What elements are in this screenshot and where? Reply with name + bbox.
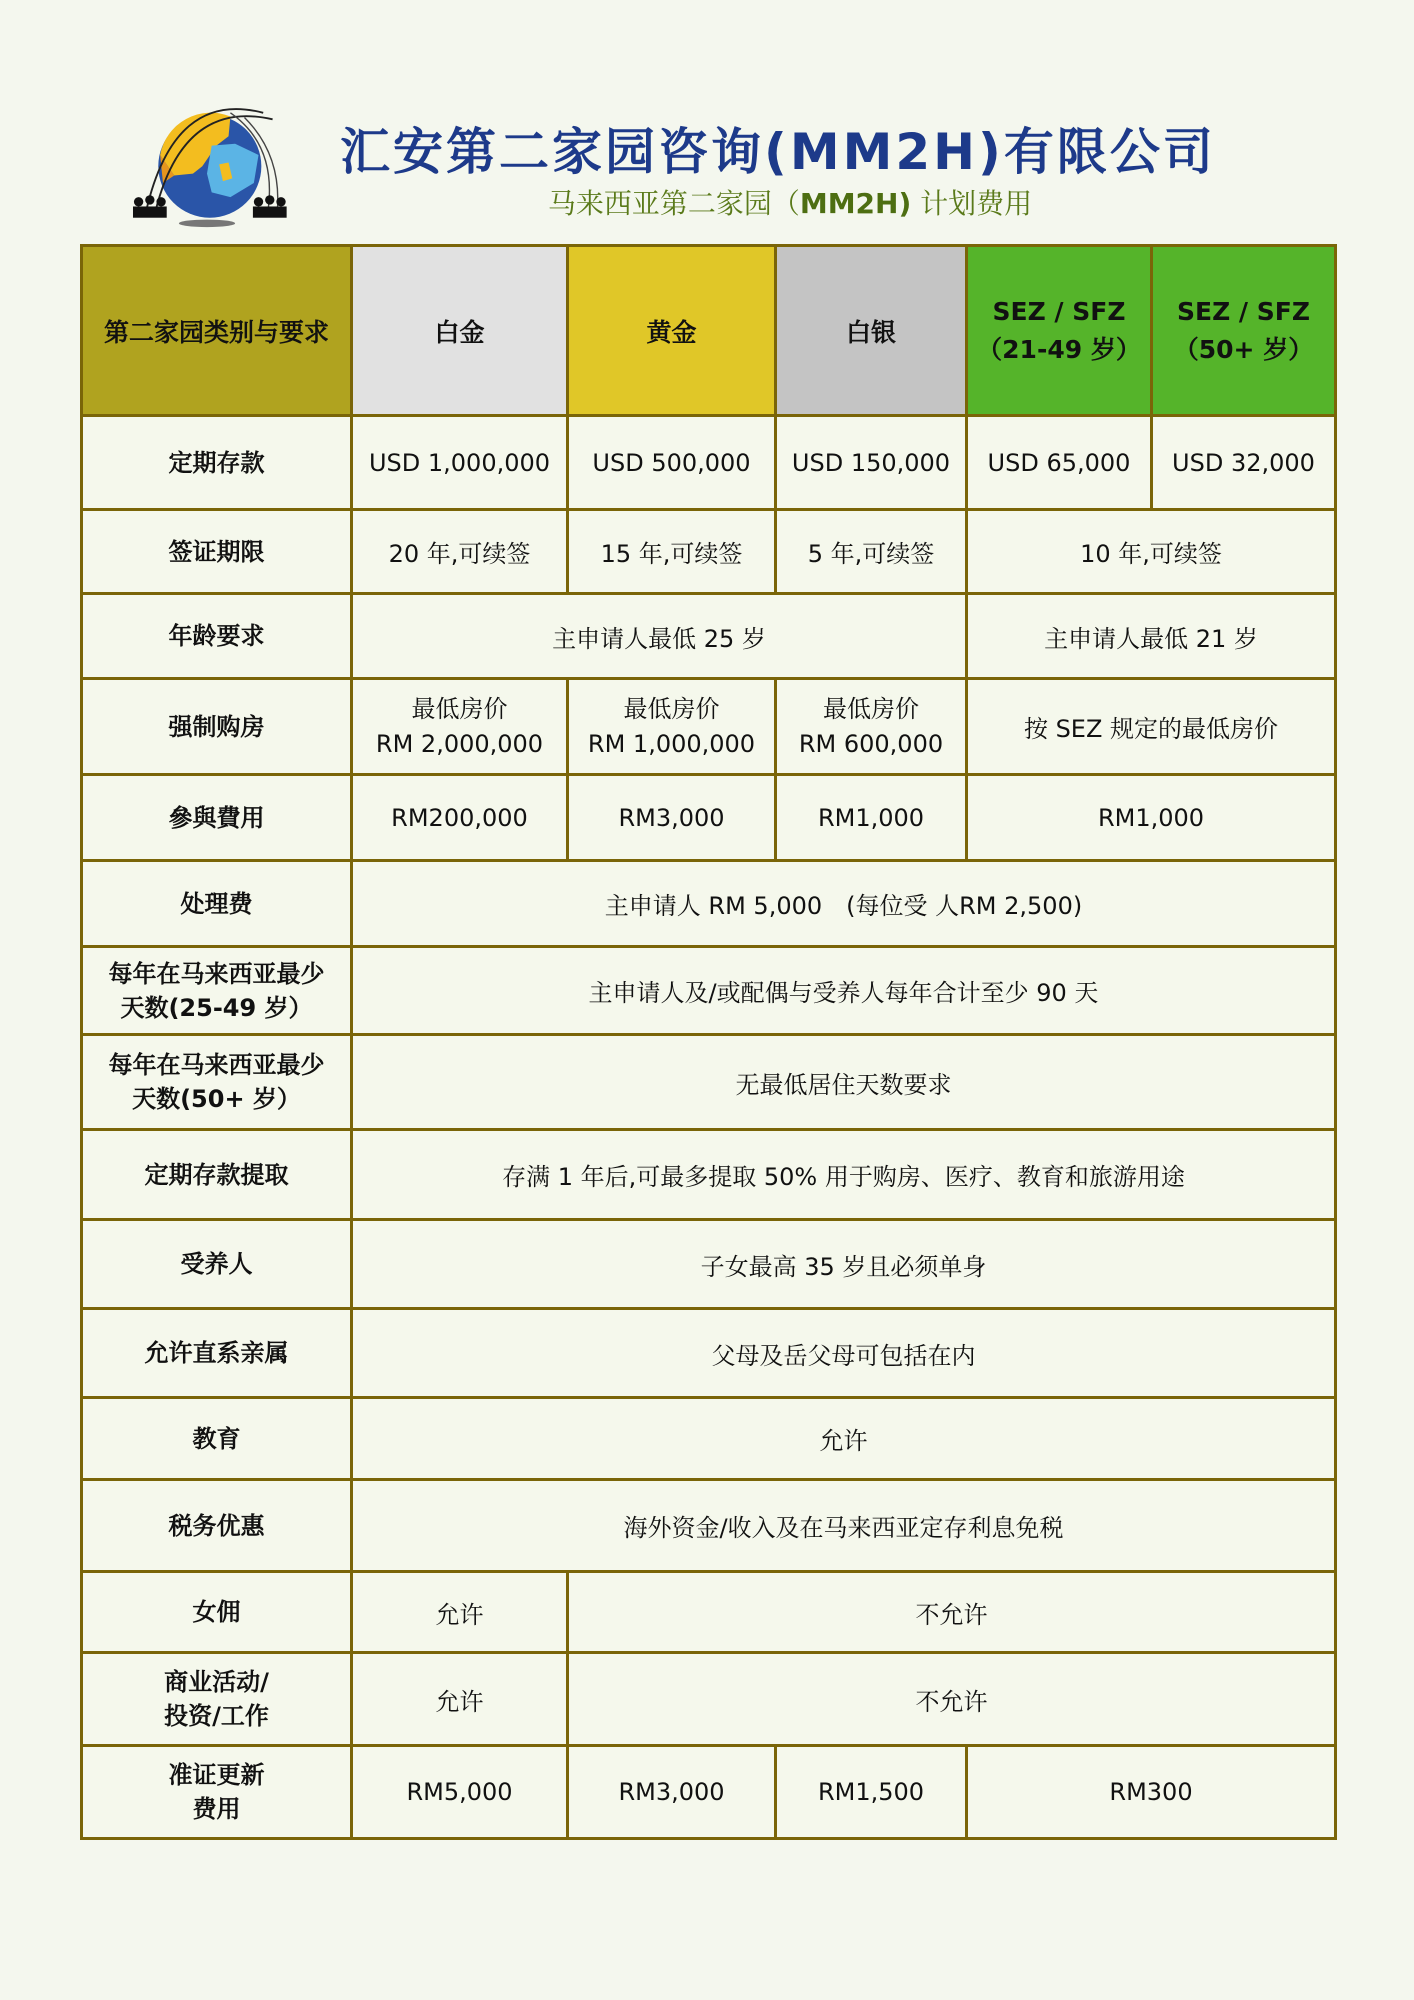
row-age: 年龄要求 主申请人最低 25 岁 主申请人最低 21 岁 xyxy=(82,594,1336,679)
row-processing: 处理费 主申请人 RM 5,000 (每位受 人RM 2,500) xyxy=(82,861,1336,947)
row-stay-25-49: 每年在马来西亚最少天数(25-49 岁） 主申请人及/或配偶与受养人每年合计至少… xyxy=(82,947,1336,1035)
row-relatives: 允许直系亲属 父母及岳父母可包括在内 xyxy=(82,1309,1336,1398)
row-renewal: 准证更新费用 RM5,000 RM3,000 RM1,500 RM300 xyxy=(82,1746,1336,1839)
row-education: 教育 允许 xyxy=(82,1398,1336,1480)
row-visa: 签证期限 20 年,可续签 15 年,可续签 5 年,可续签 10 年,可续签 xyxy=(82,510,1336,594)
row-tax: 税务优惠 海外资金/收入及在马来西亚定存利息免税 xyxy=(82,1480,1336,1572)
header-silver: 白银 xyxy=(776,246,967,416)
header: 汇安第二家园咨询(MM2H)有限公司 马来西亚第二家园（MM2H) 计划费用 xyxy=(0,0,1414,240)
row-business: 商业活动/投资/工作 允许 不允许 xyxy=(82,1653,1336,1746)
header-gold: 黄金 xyxy=(568,246,776,416)
header-row: 第二家园类别与要求 白金 黄金 白银 SEZ / SFZ（21-49 岁） SE… xyxy=(82,246,1336,416)
row-dependents: 受养人 子女最高 35 岁且必须单身 xyxy=(82,1220,1336,1309)
header-category: 第二家园类别与要求 xyxy=(82,246,352,416)
globe-logo-icon xyxy=(118,108,296,230)
header-sez-21-49: SEZ / SFZ（21-49 岁） xyxy=(967,246,1152,416)
row-withdrawal: 定期存款提取 存满 1 年后,可最多提取 50% 用于购房、医疗、教育和旅游用途 xyxy=(82,1130,1336,1220)
company-title: 汇安第二家园咨询(MM2H)有限公司 xyxy=(340,112,1240,184)
page-subtitle: 马来西亚第二家园（MM2H) 计划费用 xyxy=(460,182,1120,222)
row-stay-50-plus: 每年在马来西亚最少天数(50+ 岁） 无最低居住天数要求 xyxy=(82,1035,1336,1130)
row-maid: 女佣 允许 不允许 xyxy=(82,1572,1336,1653)
row-property: 强制购房 最低房价RM 2,000,000 最低房价RM 1,000,000 最… xyxy=(82,679,1336,775)
row-participation: 參與費用 RM200,000 RM3,000 RM1,000 RM1,000 xyxy=(82,775,1336,861)
mm2h-fee-table: 第二家园类别与要求 白金 黄金 白银 SEZ / SFZ（21-49 岁） SE… xyxy=(80,244,1337,1840)
header-platinum: 白金 xyxy=(352,246,568,416)
header-sez-50-plus: SEZ / SFZ（50+ 岁） xyxy=(1152,246,1336,416)
row-deposit: 定期存款 USD 1,000,000 USD 500,000 USD 150,0… xyxy=(82,416,1336,510)
